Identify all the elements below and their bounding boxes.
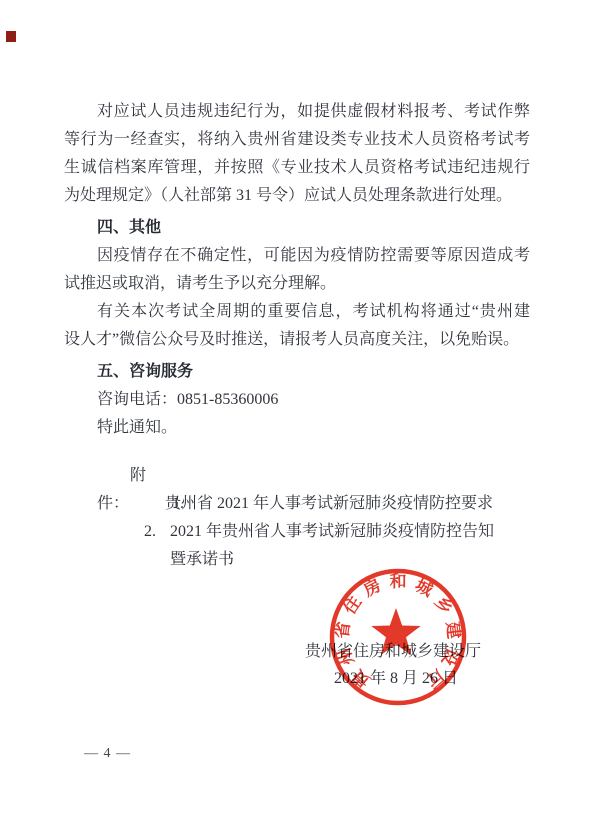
attachment-text: 贵州省 2021 年人事考试新冠肺炎疫情防控要求 <box>165 495 493 512</box>
official-seal: 贵州省住房和城乡建设厅 <box>326 565 470 709</box>
star-icon <box>371 608 420 655</box>
attachment-number: 1. <box>139 490 165 518</box>
phone-line: 咨询电话：0851-85360006 <box>64 386 530 414</box>
document-page: 对应试人员违规违纪行为，如提供虚假材料报考、考试作弊 等行为一经查实，将纳入贵州… <box>0 0 590 835</box>
attachment-text: 2021 年贵州省人事考试新冠肺炎疫情防控告知 <box>170 523 494 540</box>
body-line: 设人才”微信公众号及时推送，请报考人员高度关注，以免贻误。 <box>64 326 530 354</box>
attachment-text: 暨承诺书 <box>170 551 234 568</box>
attachments-block: 附件：1.贵州省 2021 年人事考试新冠肺炎疫情防控要求 2.2021 年贵州… <box>64 462 530 574</box>
section-heading-other: 四、其他 <box>64 214 530 242</box>
page-number: — 4 — <box>84 746 131 762</box>
body-line: 为处理规定》（人社部第 31 号令）应试人员处理条款进行处理。 <box>64 182 530 210</box>
body-line: 因疫情存在不确定性，可能因为疫情防控需要等原因造成考 <box>64 242 530 270</box>
attachment-item-1: 附件：1.贵州省 2021 年人事考试新冠肺炎疫情防控要求 <box>64 462 530 518</box>
body-line: 等行为一经查实，将纳入贵州省建设类专业技术人员资格考试考 <box>64 126 530 154</box>
section-heading-consulting: 五、咨询服务 <box>64 358 530 386</box>
closing-line: 特此通知。 <box>64 414 530 442</box>
body-line: 对应试人员违规违纪行为，如提供虚假材料报考、考试作弊 <box>64 98 530 126</box>
body-text: 对应试人员违规违纪行为，如提供虚假材料报考、考试作弊 等行为一经查实，将纳入贵州… <box>64 98 530 574</box>
scan-artifact <box>6 31 16 42</box>
body-line: 有关本次考试全周期的重要信息，考试机构将通过“贵州建 <box>64 298 530 326</box>
attachment-number: 2. <box>144 518 170 546</box>
attachments-label: 附件： <box>97 462 139 518</box>
body-line: 试推迟或取消，请考生予以充分理解。 <box>64 270 530 298</box>
body-line: 生诚信档案库管理，并按照《专业技术人员资格考试违纪违规行 <box>64 154 530 182</box>
attachment-item-2: 2.2021 年贵州省人事考试新冠肺炎疫情防控告知 <box>64 518 530 546</box>
